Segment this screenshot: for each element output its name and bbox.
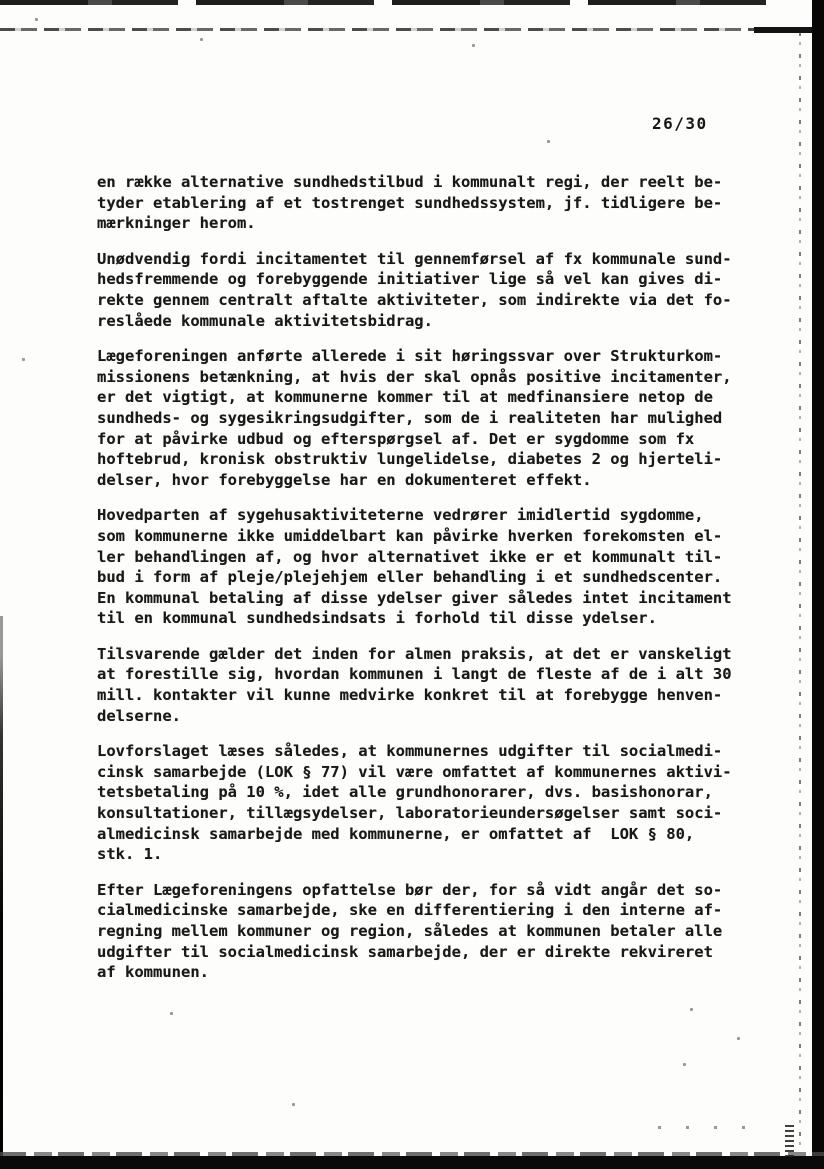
paragraph-2: Unødvendig fordi incitamentet til gennem… — [97, 249, 757, 331]
paragraph-5: Tilsvarende gælder det inden for almen p… — [97, 644, 757, 726]
scan-speck — [690, 1008, 693, 1011]
scan-artifact-top-edge — [0, 0, 778, 5]
scan-artifact-small-marks — [658, 1126, 770, 1129]
scan-speck — [292, 1103, 295, 1106]
scan-artifact-bottom-edge — [0, 1156, 824, 1169]
scan-speck — [22, 358, 25, 361]
scan-speck — [737, 1037, 740, 1040]
scan-speck — [200, 38, 203, 41]
paragraph-1: en række alternative sundhedstilbud i ko… — [97, 172, 757, 234]
scan-artifact-dashed-line — [0, 28, 812, 31]
scan-speck — [547, 140, 550, 143]
page-number: 26/30 — [652, 114, 708, 134]
scan-speck — [170, 1012, 173, 1015]
paragraph-7: Efter Lægeforeningens opfattelse bør der… — [97, 880, 757, 983]
scan-artifact-mark — [785, 1125, 794, 1157]
paragraph-3: Lægeforeningen anførte allerede i sit hø… — [97, 346, 757, 490]
document-body: en række alternative sundhedstilbud i ko… — [97, 172, 757, 998]
scan-speck — [683, 1063, 686, 1066]
scanned-document-page: 26/30 en række alternative sundhedstilbu… — [0, 0, 824, 1169]
scan-speck — [472, 44, 475, 47]
paragraph-4: Hovedparten af sygehusaktiviteterne vedr… — [97, 505, 757, 629]
scan-artifact-dashed-line-end — [754, 27, 812, 33]
paragraph-6: Lovforslaget læses således, at kommunern… — [97, 741, 757, 865]
scan-artifact-right-edge — [812, 0, 824, 1169]
scan-speck — [35, 18, 38, 21]
scan-artifact-dotted-column — [799, 32, 801, 1152]
scan-artifact-left-edge — [0, 616, 3, 1169]
